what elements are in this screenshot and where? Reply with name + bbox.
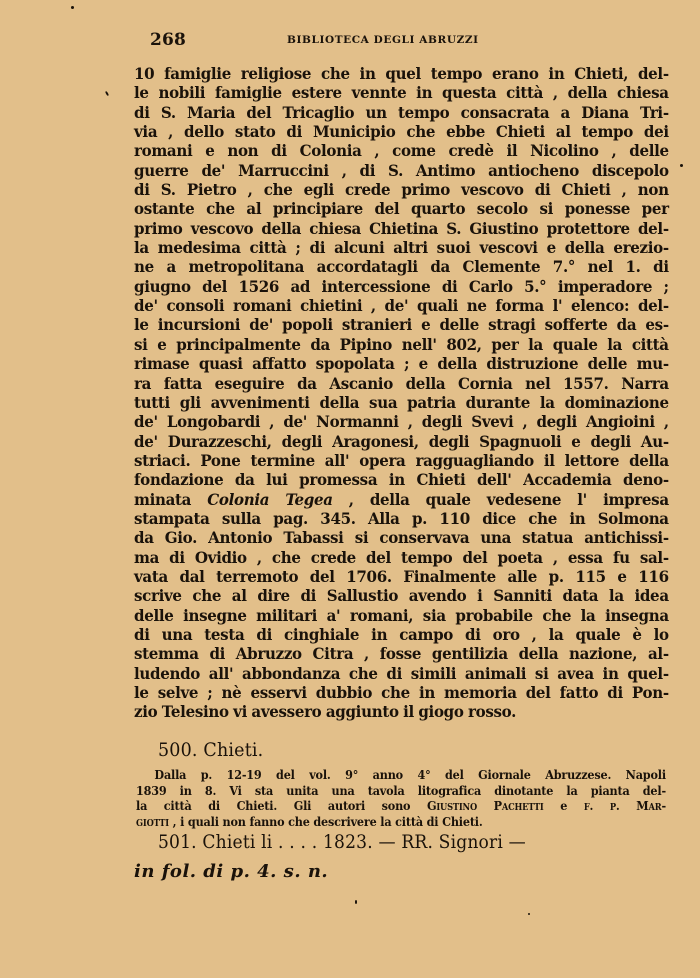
text-line: de' Durazzeschi, degli Aragonesi, degli … [134,432,669,451]
text-segment: e [544,799,584,813]
page-number: 268 [150,30,186,50]
text-line: ne a metropolitana accordatagli da Cleme… [134,257,669,276]
book-page: 268 BIBLIOTECA DEGLI ABRUZZI 10 famiglie… [0,0,700,978]
text-line: 10 famiglie religiose che in quel tempo … [134,64,669,83]
text-segment: , i quali non fanno che descrivere la ci… [169,815,483,829]
scan-speck [71,6,74,9]
text-line: scrive che al dire di Sallustio avendo i… [134,586,669,605]
text-line: la medesima città ; di alcuni altri suoi… [134,238,669,257]
text-line: romani e non di Colonia , come credè il … [134,141,669,160]
note-line: Dalla p. 12-19 del vol. 9° anno 4° del G… [136,768,666,784]
text-line: primo vescovo della chiesa Chietina S. G… [134,219,669,238]
text-line: di S. Maria del Tricaglio un tempo consa… [134,103,669,122]
body-paragraph: 10 famiglie religiose che in quel tempo … [134,64,666,722]
text-line: striaci. Pone termine all' opera ragguag… [134,451,669,470]
text-line: tutti gli avvenimenti della sua patria d… [134,393,669,412]
text-line: stampata sulla pag. 345. Alla p. 110 dic… [134,509,669,528]
text-line: delle insegne militari a' romani, sia pr… [134,606,669,625]
text-line: le selve ; nè esservi dubbio che in memo… [134,683,669,702]
text-line: si e principalmente da Pipino nell' 802,… [134,335,669,354]
bibliography-entry-500: 500. Chieti. [158,739,273,761]
academy-name-italic: Colonia Tegea [207,490,332,509]
running-header: 268 BIBLIOTECA DEGLI ABRUZZI [150,30,502,54]
text-line: zio Telesino vi avessero aggiunto il gio… [134,702,669,721]
scan-speck [680,164,683,167]
text-line: ostante che al principiare del quarto se… [134,199,669,218]
text-line: le nobili famiglie estere vennte in ques… [134,83,669,102]
text-segment: minata [134,490,207,509]
text-line: ra fatta eseguire da Ascanio della Corni… [134,374,669,393]
text-line: de' consoli romani chietini , de' quali … [134,296,669,315]
text-segment: , della quale vedesene l' impresa [333,490,669,509]
scan-speck [528,913,530,915]
text-line: ludendo all' abbondanza che di simili an… [134,664,669,683]
entry-format: in fol. di p. 4. s. n. [134,861,328,882]
text-line: via , dello stato di Municipio che ebbe … [134,122,669,141]
note-line-with-authors: la città di Chieti. Gli autori sono Gius… [136,799,666,815]
text-line: ma di Ovidio , che crede del tempo del p… [134,548,669,567]
text-line: giugno del 1526 ad intercessione di Carl… [134,277,669,296]
scan-speck [355,900,357,904]
note-line: giotti , i quali non fanno che descriver… [136,815,666,831]
entry-title: 501. Chieti li . . . . 1823. — RR. Signo… [158,831,626,853]
text-line: di una testa di cinghiale in campo di or… [134,625,669,644]
scan-speck [105,91,109,96]
author-name: f. p. Mar- [584,799,666,813]
text-line: rimase quasi affatto spopolata ; e della… [134,354,669,373]
note-line: 1839 in 8. Vi sta unita una tavola litog… [136,784,666,800]
author-name: Giustino Pachetti [427,799,544,813]
text-line: vata dal terremoto del 1706. Finalmente … [134,567,669,586]
text-line: de' Longobardi , de' Normanni , degli Sv… [134,412,669,431]
text-line: fondazione da lui promessa in Chieti del… [134,470,669,489]
text-line: le incursioni de' popoli stranieri e del… [134,315,669,334]
author-name: giotti [136,815,169,829]
text-line: di S. Pietro , che egli crede primo vesc… [134,180,669,199]
text-line: stemma di Abruzzo Citra , fosse gentiliz… [134,644,669,663]
bibliography-entry-501: 501. Chieti li . . . . 1823. — RR. Signo… [158,831,678,853]
entry-title: 500. Chieti. [158,739,263,761]
text-line: guerre de' Marruccini , di S. Antimo ant… [134,161,669,180]
running-title: BIBLIOTECA DEGLI ABRUZZI [287,34,479,46]
text-line: da Gio. Antonio Tabassi si conservava un… [134,528,669,547]
text-line-with-italic: minata Colonia Tegea , della quale vedes… [134,490,669,509]
text-segment: la città di Chieti. Gli autori sono [136,799,427,813]
entry-500-note: Dalla p. 12-19 del vol. 9° anno 4° del G… [136,768,666,830]
